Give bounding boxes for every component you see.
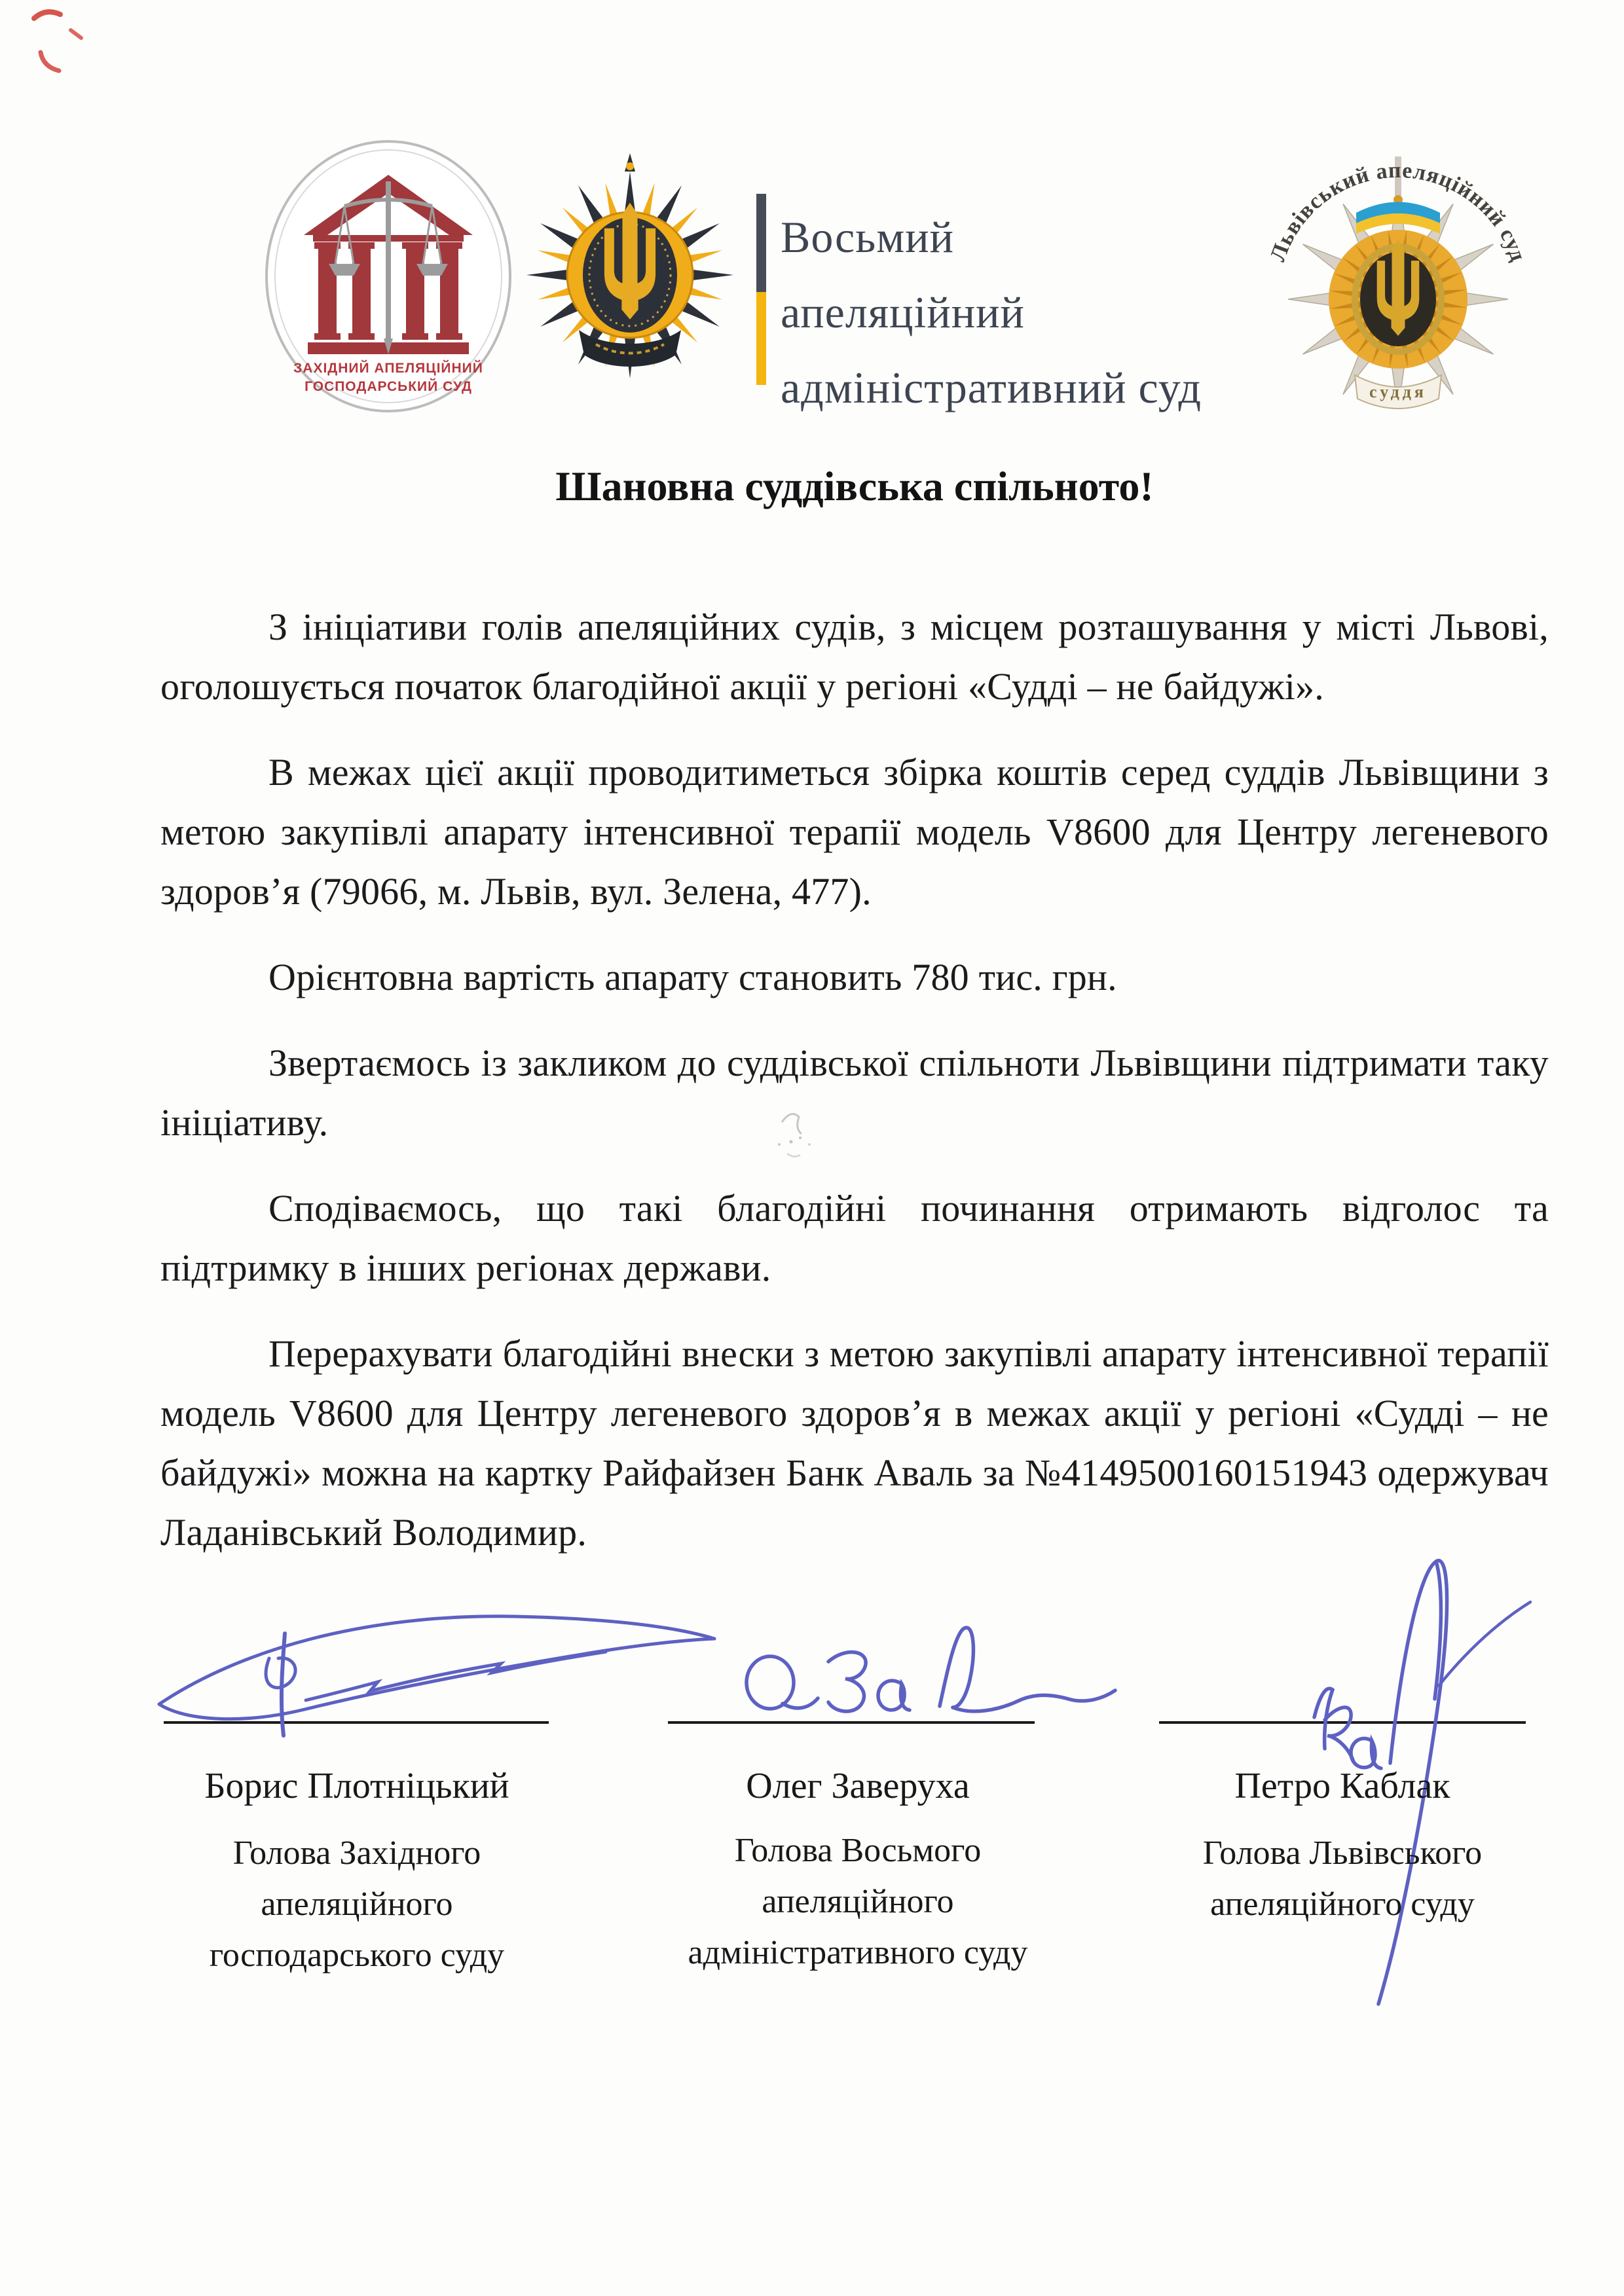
signatory-title: Голова Західного апеляційного господарсь…: [164, 1828, 550, 1981]
signature-zaverukha: [730, 1591, 1123, 1748]
western-commercial-court-emblem: ЗАХІДНИЙ АПЕЛЯЦІЙНИЙ ГОСПОДАРСЬКИЙ СУД: [261, 136, 516, 417]
title-line: Голова Львівського: [1146, 1828, 1539, 1879]
court-name-line3: адміністративний суд: [781, 350, 1202, 426]
paragraph-4: Звертаємось із закликом до суддівської с…: [160, 1033, 1549, 1152]
divider-yellow-segment: [756, 292, 766, 385]
court-name-line1: Восьмий: [781, 200, 1202, 275]
red-scan-artifact: [25, 3, 117, 94]
letter-body: З ініціативи голів апеляційних судів, з …: [160, 597, 1549, 1562]
title-line: апеляційного: [164, 1879, 550, 1930]
signatory-name: Борис Плотніцький: [164, 1765, 550, 1807]
court-name-block: Восьмий апеляційний адміністративний суд: [781, 200, 1202, 426]
paragraph-3: Орієнтовна вартість апарату становить 78…: [160, 947, 1549, 1007]
signature-plotnitskyi: [147, 1588, 724, 1745]
left-logo-caption-line2: ГОСПОДАРСЬКИЙ СУД: [304, 378, 472, 394]
paragraph-2: В межах цієї акції проводитиметься збірк…: [160, 742, 1549, 921]
header-divider-bar: [756, 194, 766, 385]
signatory-name: Петро Каблак: [1159, 1765, 1526, 1807]
smudge-artifact: [753, 1099, 838, 1171]
left-logo-caption-line1: ЗАХІДНИЙ АПЕЛЯЦІЙНИЙ: [293, 360, 483, 376]
title-line: адміністративного суду: [655, 1927, 1061, 1978]
scanned-letter-page: ЗАХІДНИЙ АПЕЛЯЦІЙНИЙ ГОСПОДАРСЬКИЙ СУД: [0, 0, 1624, 2296]
banner-text: суддя: [1369, 382, 1427, 401]
paragraph-1: З ініціативи голів апеляційних судів, з …: [160, 597, 1549, 716]
title-line: господарського суду: [164, 1930, 550, 1981]
court-name-line2: апеляційний: [781, 275, 1202, 350]
signatory-title: Голова Восьмого апеляційного адміністрат…: [655, 1825, 1061, 1978]
paragraph-5: Сподіваємось, що такі благодійні починан…: [160, 1178, 1549, 1298]
lviv-appeal-court-emblem: суддя Львівський апеляційний суд: [1261, 121, 1536, 422]
paragraph-6: Перерахувати благодійні внески з метою з…: [160, 1324, 1549, 1562]
title-line: Голова Восьмого: [655, 1825, 1061, 1876]
star-rays: [526, 153, 733, 378]
signatory-name: Олег Заверуха: [674, 1765, 1041, 1807]
letter-title: Шановна суддівська спільното!: [160, 462, 1549, 511]
title-line: апеляційного: [655, 1876, 1061, 1927]
title-line: Голова Західного: [164, 1828, 550, 1879]
eighth-admin-court-emblem: [519, 145, 741, 404]
divider-gray-segment: [756, 194, 766, 292]
title-line: апеляційного суду: [1146, 1879, 1539, 1930]
signatory-title: Голова Львівського апеляційного суду: [1146, 1828, 1539, 1930]
